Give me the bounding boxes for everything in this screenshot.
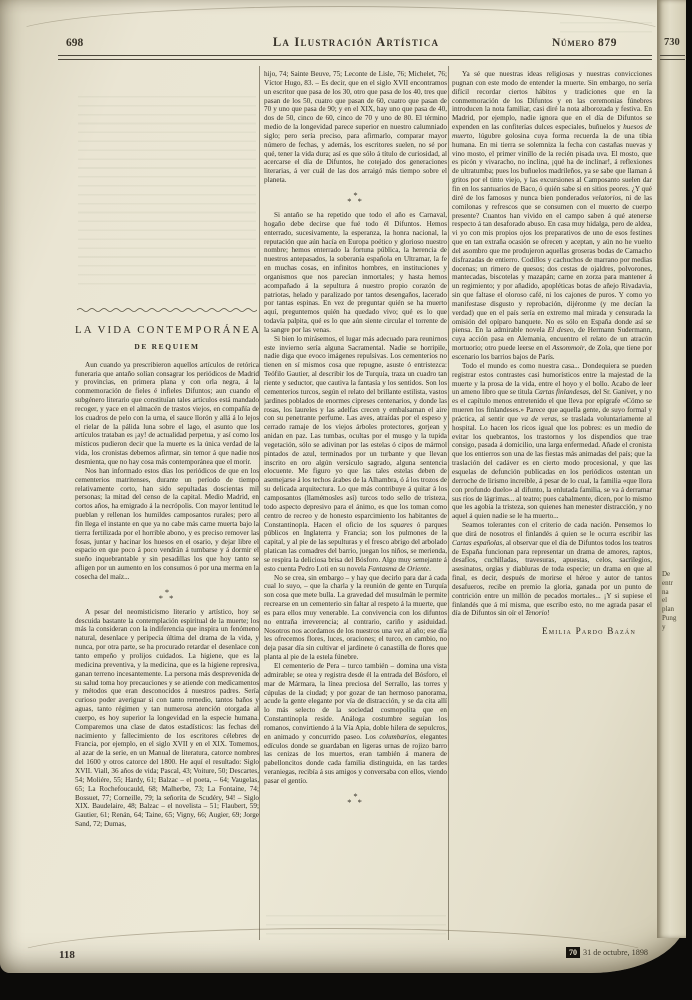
- date-stamp-badge: 70: [566, 947, 580, 958]
- column-right: Ya sé que nuestras ideas religiosas y nu…: [452, 70, 652, 946]
- author-signature: Emilia Pardo Bazán: [452, 627, 652, 636]
- column-middle: hijo, 74; Sainte Beuve, 75; Leconte de L…: [264, 70, 447, 946]
- column-left: LA VIDA CONTEMPORÁNEA DE REQUIEM Aun cua…: [75, 70, 259, 946]
- paragraph: Si antaño se ha repetido que todo el año…: [264, 211, 447, 335]
- issue-number: Número 879: [552, 37, 652, 49]
- article-title: LA VIDA CONTEMPORÁNEA: [75, 326, 259, 335]
- journal-title: La Ilustración Artística: [156, 35, 556, 50]
- section-separator: ** *: [75, 589, 259, 602]
- paragraph: Ya sé que nuestras ideas religiosas y nu…: [452, 70, 652, 362]
- paragraph: Todo el mundo es como nuestra casa... Do…: [452, 362, 652, 521]
- next-page-header-rule: [660, 55, 685, 60]
- date-stamp: 70 31 de octubre, 1898: [566, 947, 648, 958]
- paragraph: Nos han informado estos días los periódi…: [75, 467, 259, 582]
- header-page-number: 698: [66, 37, 83, 49]
- section-separator: ** *: [264, 192, 447, 205]
- paragraph: hijo, 74; Sainte Beuve, 75; Leconte de L…: [264, 70, 447, 185]
- column-divider: [448, 66, 449, 940]
- date-stamp-text: 31 de octubre, 1898: [583, 948, 648, 957]
- paragraph: Aun cuando ya prescribieron aquellos art…: [75, 361, 259, 467]
- next-page-text-fragments: De entr na el plan Pung y: [662, 570, 685, 632]
- bleedthrough-texture: [560, 22, 652, 33]
- paragraph: A pesar del neomisticismo literario y ar…: [75, 608, 259, 829]
- section-separator: ** *: [264, 793, 447, 806]
- blank-lead-space: [75, 70, 259, 306]
- paragraph: Si bien lo mirásemos, el lugar más adecu…: [264, 335, 447, 574]
- paragraph: El cementerio de Pera – turco también – …: [264, 662, 447, 786]
- next-page-number: 730: [664, 37, 680, 48]
- article-subtitle: DE REQUIEM: [75, 343, 259, 352]
- header-double-rule: [58, 55, 652, 60]
- next-page-edge: [657, 0, 686, 938]
- footer-page-number: 118: [59, 949, 75, 961]
- column-divider: [259, 66, 260, 940]
- paragraph: No se crea, sin embargo – y hay que deci…: [264, 574, 447, 662]
- scanned-page: 698 La Ilustración Artística Número 879 …: [0, 0, 686, 973]
- paragraph: Seamos tolerantes con el criterio de cad…: [452, 521, 652, 618]
- wavy-rule: [77, 306, 257, 313]
